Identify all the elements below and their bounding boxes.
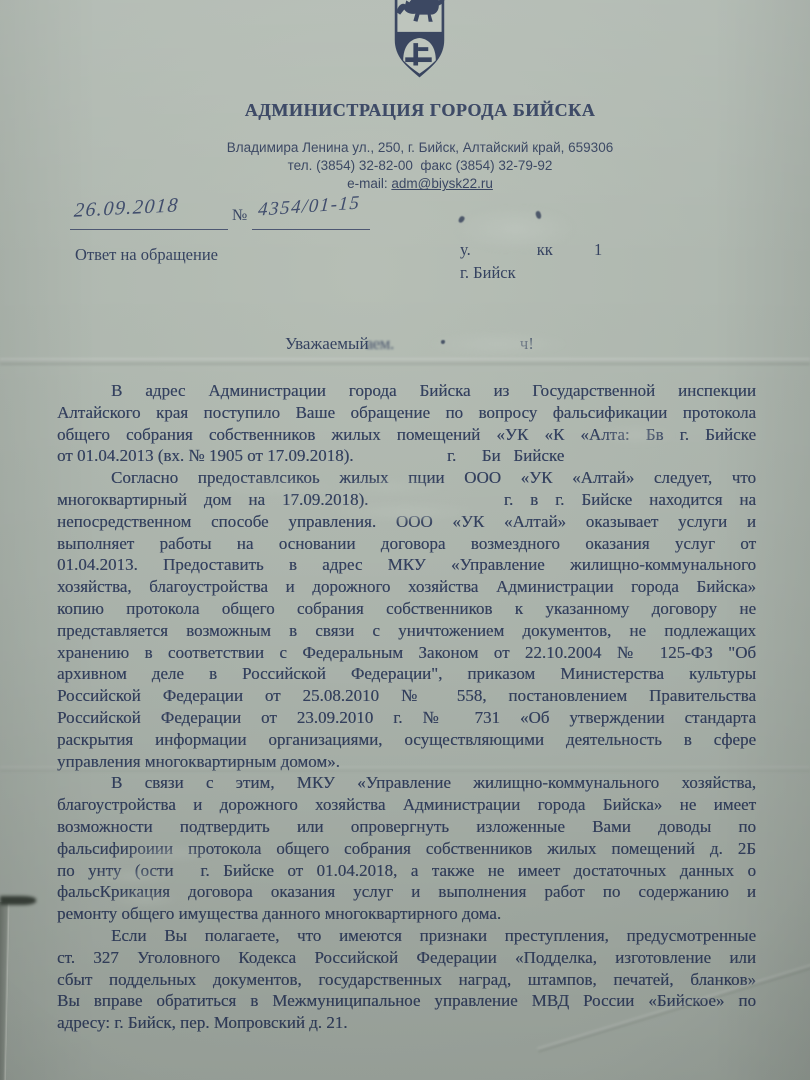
email-label: e-mail:	[347, 176, 391, 191]
body-line: ст. 327 Уголовного Кодекса Российской Фе…	[57, 947, 756, 969]
organization-contacts: Владимира Ленина ул., 250, г. Бийск, Алт…	[30, 139, 810, 194]
salutation-prefix: Уважаемый	[285, 334, 369, 353]
subject-line: Ответ на обращение	[75, 245, 218, 265]
paper-edge	[0, 902, 10, 1080]
body-line: хранению в соответствии с Федеральным За…	[57, 642, 756, 664]
body-line: копию протокола общего собрания собствен…	[57, 598, 756, 620]
biysk-coat-of-arms	[391, 0, 448, 81]
photographed-letter-page: АДМИНИСТРАЦИЯ ГОРОДА БИЙСКА Владимира Ле…	[0, 0, 810, 1080]
organization-name: АДМИНИСТРАЦИЯ ГОРОДА БИЙСКА	[30, 100, 810, 121]
postal-address: Владимира Ленина ул., 250, г. Бийск, Алт…	[30, 139, 810, 157]
body-line: выполняет работы на основании договора в…	[57, 533, 756, 555]
body-line: адресу: г. Бийск, пер. Мопровский д. 21.	[57, 1012, 756, 1034]
addressee-block: у. кк 1 г. Бийск	[460, 238, 602, 284]
body-line: Российской Федерации от 23.09.2010 г. № …	[57, 707, 756, 729]
addressee-street: у. кк 1	[460, 238, 602, 261]
body-line: Алтайского края поступило Ваше обращение…	[57, 402, 756, 424]
email-address: adm@biysk22.ru	[391, 176, 493, 191]
body-line: Согласно предоставлсикоь жилых пции ООО …	[57, 467, 756, 489]
body-line: по унту (ости г. Бийске от 01.04.2018, а…	[57, 860, 756, 882]
email-line: e-mail: adm@biysk22.ru	[30, 175, 810, 193]
body-line: Российской Федерации от 25.08.2010 № 558…	[57, 685, 756, 707]
ink-speck	[458, 215, 466, 224]
body-line: управления многоквартирным домом».	[57, 751, 756, 773]
handwritten-number: 4354/01-15	[257, 192, 361, 221]
body-line: сбыт поддельных документов, государствен…	[57, 969, 756, 991]
paper-crease	[0, 358, 810, 365]
body-line: В связи с этим, МКУ «Управление жилищно-…	[57, 772, 756, 794]
body-line: 01.04.2013. Предоставить в адрес МКУ «Уп…	[57, 554, 756, 576]
handwritten-date: 26.09.2018	[73, 194, 180, 223]
phone-fax: тел. (3854) 32-82-00 факс (3854) 32-79-9…	[30, 157, 810, 175]
salutation: Уважаемыйаем.ч!	[285, 334, 534, 354]
body-line: от 01.04.2013 (вх. № 1905 от 17.09.2018)…	[57, 445, 756, 467]
addressee-city: г. Бийск	[460, 261, 602, 284]
date-underline	[70, 229, 228, 230]
ink-speck	[535, 210, 542, 219]
body-line: фальсКрикация договора оказания услуг и …	[57, 881, 756, 903]
number-sign: №	[232, 207, 247, 225]
body-line: благоустройства и дорожного хозяйства Ад…	[57, 794, 756, 816]
body-line: фальсифироиии протокола общего собрания …	[57, 838, 756, 860]
body-text: В адрес Администрации города Бийска из Г…	[57, 380, 756, 1034]
body-line: непосредственном способе управления. ООО…	[57, 511, 756, 533]
body-line: Если Вы полагаете, что имеются признаки …	[57, 925, 756, 947]
body-line: архивном деле в Российской Федерации", п…	[57, 663, 756, 685]
body-line: представляется возможным в связи с уничт…	[57, 620, 756, 642]
body-line: многоквартирный дом на 17.09.2018). г. в…	[57, 489, 756, 511]
number-underline	[252, 229, 370, 230]
body-line: Вы вправе обратиться в Межмуниципальное …	[57, 990, 756, 1012]
body-line: раскрытия информации организациями, осущ…	[57, 729, 756, 751]
body-line: хозяйства, благоустройства и дорожного х…	[57, 576, 756, 598]
body-line: В адрес Администрации города Бийска из Г…	[57, 380, 756, 402]
paper-edge-shadow	[0, 896, 36, 905]
body-line: ремонту общего имущества данного многокв…	[57, 903, 756, 925]
salutation-suffix: ч!	[520, 334, 534, 353]
body-line: возможности подтвердить или опровергнуть…	[57, 816, 756, 838]
body-line: общего собрания собственников жилых поме…	[57, 424, 756, 446]
salutation-ghost-text: аем.	[366, 334, 394, 354]
